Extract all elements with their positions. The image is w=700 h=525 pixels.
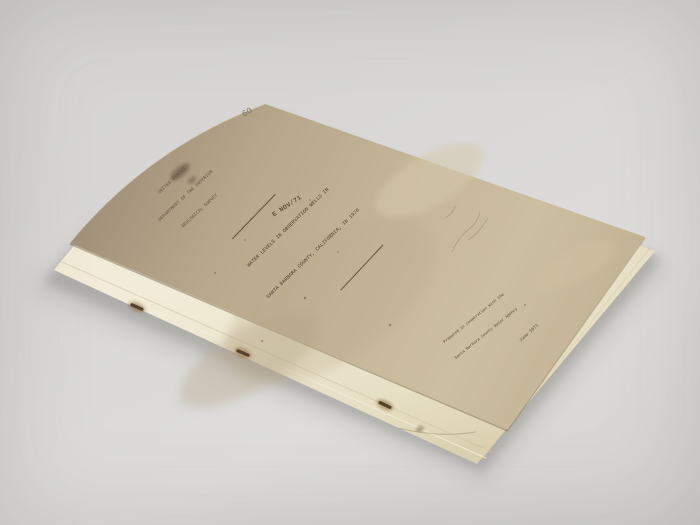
photo-scene: UNITED STATES DEPARTMENT OF THE INTERIOR… (0, 0, 700, 525)
report-illustration (0, 0, 700, 525)
letterhead-line: DEPARTMENT OF THE INTERIOR (157, 169, 215, 224)
